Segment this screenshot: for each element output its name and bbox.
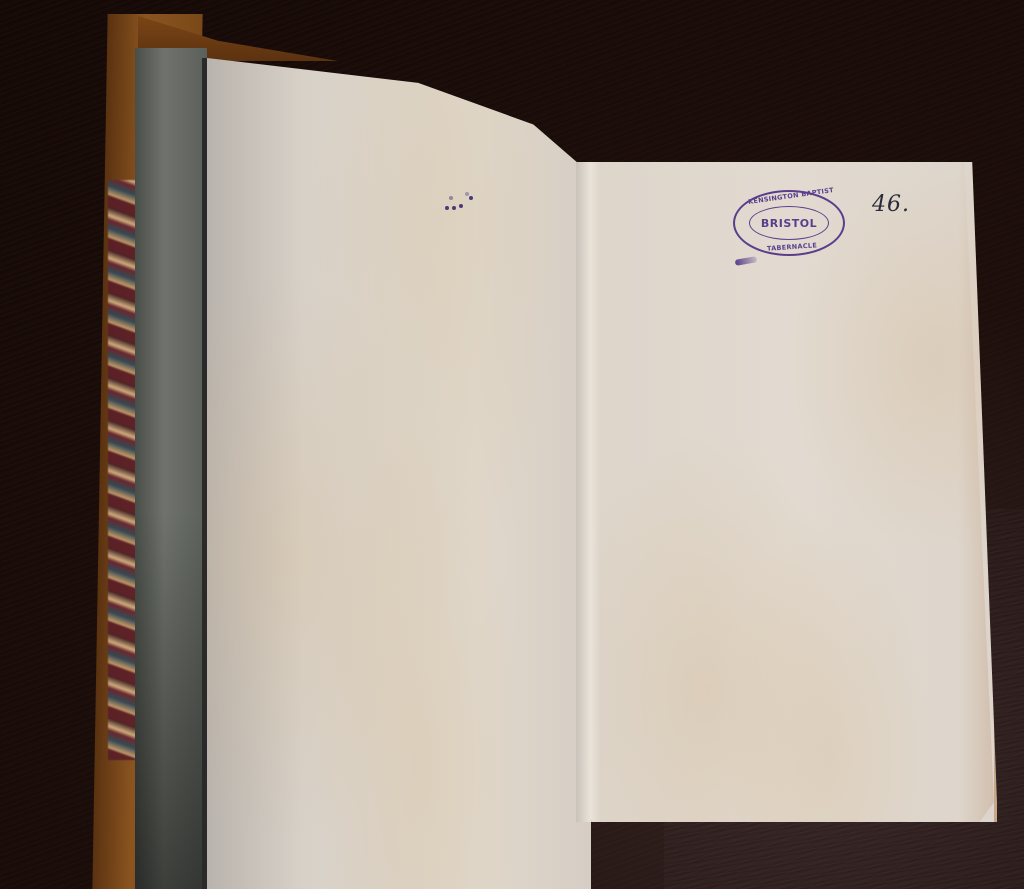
stamp-center-text: BRISTOL xyxy=(761,217,817,230)
ink-dots-mark xyxy=(445,192,475,216)
handwritten-number: 46. xyxy=(872,192,910,217)
library-stamp: KENSINGTON BAPTIST BRISTOL TABERNACLE xyxy=(733,190,845,256)
left-page xyxy=(207,58,591,889)
grey-endpaper-strip xyxy=(135,48,207,889)
right-page xyxy=(584,162,997,822)
stamp-inner-oval: BRISTOL xyxy=(749,206,829,240)
page-gutter-fold xyxy=(576,162,600,822)
